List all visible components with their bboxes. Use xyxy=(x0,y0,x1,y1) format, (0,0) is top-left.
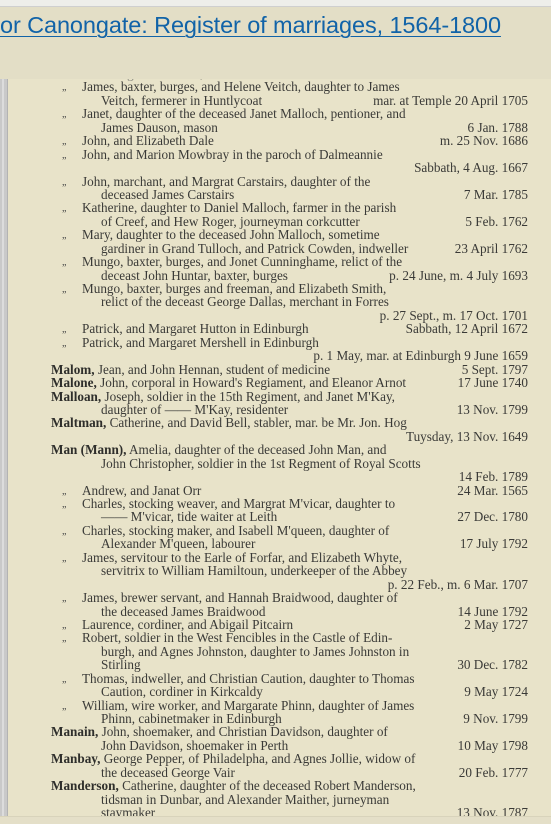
register-entry: „James, brewer servant, and Hannah Braid… xyxy=(0,591,551,618)
entry-surname: Maltman, xyxy=(51,415,106,430)
entry-line: Alexander M'queen, labourer17 July 1792 xyxy=(0,537,551,550)
entry-line: „Mungo, baxter, burges, and Jonet Cunnin… xyxy=(0,255,551,268)
entry-date: 9 Nov. 1799 xyxy=(463,712,528,725)
entry-text: Robert, soldier in the West Fencibles in… xyxy=(82,631,392,644)
entry-text: Charles, stocking maker, and Isabell M'q… xyxy=(82,524,389,537)
entry-line: „John, marchant, and Margrat Carstairs, … xyxy=(0,175,551,188)
entry-text: daughter of —— M'Kay, residenter xyxy=(101,403,288,416)
ditto-mark: „ xyxy=(62,552,66,565)
entry-date: 24 Mar. 1565 xyxy=(457,484,528,497)
entry-text: of Creef, and Hew Roger, journeyman cork… xyxy=(101,215,360,228)
register-entry: „Patrick, and Margaret Hutton in Edinbur… xyxy=(0,322,551,335)
entry-date: 20 Feb. 1777 xyxy=(459,766,528,779)
entry-text: Mary, daughter to the deceased John Mall… xyxy=(82,228,380,241)
entry-date: 14 Feb. 1789 xyxy=(459,470,528,483)
entry-date: 30 Dec. 1782 xyxy=(457,658,528,671)
register-entry: „Patrick, and Margaret Mershell in Edinb… xyxy=(0,336,551,363)
entry-date: p. 24 June, m. 4 July 1693 xyxy=(389,269,528,282)
entry-text: James, servitour to the Earle of Forfar,… xyxy=(82,551,402,564)
ditto-mark: „ xyxy=(62,525,66,538)
entry-line: Stirling30 Dec. 1782 xyxy=(0,658,551,671)
entry-text: Patrick, and Margaret Mershell in Edinbu… xyxy=(82,336,319,349)
entry-line: Tuysday, 13 Nov. 1649 xyxy=(0,430,551,443)
entry-line: relict of the deceast George Dallas, mer… xyxy=(0,295,551,308)
entry-line: p. 22 Feb., m. 6 Mar. 1707 xyxy=(0,578,551,591)
entry-text: James Dauson, mason xyxy=(101,121,218,134)
entry-line: Manderson, Catherine, daughter of the de… xyxy=(0,779,551,792)
entry-surname: Manain, xyxy=(51,724,98,739)
entry-text: Malom, Jean, and John Hennan, student of… xyxy=(51,363,330,376)
entry-text: Manain, John, shoemaker, and Christian D… xyxy=(51,725,388,738)
ditto-mark: „ xyxy=(62,149,66,162)
ditto-mark: „ xyxy=(62,229,66,242)
entry-date: p. 22 Feb., m. 6 Mar. 1707 xyxy=(388,578,528,591)
ditto-mark: „ xyxy=(62,176,66,189)
document-title-link[interactable]: or Canongate: Register of marriages, 156… xyxy=(0,12,501,39)
entry-line: gardiner in Grand Tulloch, and Patrick C… xyxy=(0,242,551,255)
register-entry: „John, and Elizabeth Dalem. 25 Nov. 1686 xyxy=(0,134,551,147)
entry-text: Thomas, indweller, and Christian Caution… xyxy=(82,672,415,685)
ditto-mark: „ xyxy=(62,498,66,511)
ditto-mark: „ xyxy=(62,283,66,296)
register-text-column: George Henderson, mason 5 June 1700 „Jam… xyxy=(0,79,551,816)
entry-text: staymaker xyxy=(101,806,155,816)
register-entry: „John, marchant, and Margrat Carstairs, … xyxy=(0,175,551,202)
entry-surname: Man (Mann), xyxy=(51,442,126,457)
entry-text: Phinn, cabinetmaker in Edinburgh xyxy=(101,712,282,725)
entry-line: „John, and Marion Mowbray in the paroch … xyxy=(0,148,551,161)
entry-line: the deceased James Braidwood14 June 1792 xyxy=(0,605,551,618)
entry-date: 5 Sept. 1797 xyxy=(462,363,528,376)
register-entry: „Robert, soldier in the West Fencibles i… xyxy=(0,631,551,671)
entry-date: 23 April 1762 xyxy=(455,242,528,255)
entry-text: Malone, John, corporal in Howard's Regia… xyxy=(51,376,406,389)
entry-line: „James, servitour to the Earle of Forfar… xyxy=(0,551,551,564)
ditto-mark: „ xyxy=(62,632,66,645)
ditto-mark: „ xyxy=(62,485,66,498)
register-entry: „Laurence, cordiner, and Abigail Pitcair… xyxy=(0,618,551,631)
entry-text: burgh, and Agnes Johnston, daughter to J… xyxy=(101,645,409,658)
entry-text: Katherine, daughter to Daniel Malloch, f… xyxy=(82,201,396,214)
ditto-mark: „ xyxy=(62,135,66,148)
entry-date: 17 July 1792 xyxy=(460,537,528,550)
entry-line: „William, wire worker, and Margarate Phi… xyxy=(0,699,551,712)
entry-text: Stirling xyxy=(101,658,141,671)
entry-date: mar. at Temple 20 April 1705 xyxy=(373,94,528,107)
entry-text: the deceased George Vair xyxy=(101,766,235,779)
entry-surname: Malloan, xyxy=(51,389,101,404)
register-entry: Manbay, George Pepper, of Philadelpha, a… xyxy=(0,752,551,779)
entry-line: Sabbath, 4 Aug. 1667 xyxy=(0,161,551,174)
entry-date: 7 Mar. 1785 xyxy=(464,188,528,201)
register-entry: Malom, Jean, and John Hennan, student of… xyxy=(0,363,551,376)
entry-text: deceased James Carstairs xyxy=(101,188,234,201)
entry-text: —— M'vicar, tide waiter at Leith xyxy=(101,510,277,523)
register-entry: Maltman, Catherine, and David Bell, stab… xyxy=(0,416,551,443)
ditto-mark: „ xyxy=(62,700,66,713)
entry-line: „Patrick, and Margaret Hutton in Edinbur… xyxy=(0,322,551,335)
entry-line: p. 27 Sept., m. 17 Oct. 1701 xyxy=(0,309,551,322)
entry-text: Mungo, baxter, burges and freeman, and E… xyxy=(82,282,386,295)
entry-text: Charles, stocking weaver, and Margrat M'… xyxy=(82,497,395,510)
register-entry: „Charles, stocking maker, and Isabell M'… xyxy=(0,524,551,551)
title-bar: or Canongate: Register of marriages, 156… xyxy=(0,7,551,79)
entry-text: John, and Marion Mowbray in the paroch o… xyxy=(82,148,383,161)
entry-line: burgh, and Agnes Johnston, daughter to J… xyxy=(0,645,551,658)
register-entry: „Mungo, baxter, burges and freeman, and … xyxy=(0,282,551,322)
entry-line: „Katherine, daughter to Daniel Malloch, … xyxy=(0,201,551,214)
register-entry: „James, servitour to the Earle of Forfar… xyxy=(0,551,551,591)
entry-line: „Robert, soldier in the West Fencibles i… xyxy=(0,631,551,644)
register-entry: „Thomas, indweller, and Christian Cautio… xyxy=(0,672,551,699)
viewer-bottom-strip xyxy=(0,816,551,824)
register-entry: „William, wire worker, and Margarate Phi… xyxy=(0,699,551,726)
register-entry: Manderson, Catherine, daughter of the de… xyxy=(0,779,551,816)
entry-date: 10 May 1798 xyxy=(458,739,528,752)
register-entry: „Janet, daughter of the deceased Janet M… xyxy=(0,107,551,134)
entry-line: Phinn, cabinetmaker in Edinburgh9 Nov. 1… xyxy=(0,712,551,725)
entry-text: deceast John Huntar, baxter, burges xyxy=(101,269,288,282)
entry-line: p. 1 May, mar. at Edinburgh 9 June 1659 xyxy=(0,349,551,362)
entry-text: James, brewer servant, and Hannah Braidw… xyxy=(82,591,398,604)
entry-text: Malloan, Joseph, soldier in the 15th Reg… xyxy=(51,390,395,403)
entry-line: Malom, Jean, and John Hennan, student of… xyxy=(0,363,551,376)
entry-line: Man (Mann), Amelia, daughter of the dece… xyxy=(0,443,551,456)
entry-line: 14 Feb. 1789 xyxy=(0,470,551,483)
entry-line: —— M'vicar, tide waiter at Leith27 Dec. … xyxy=(0,510,551,523)
register-entry: Man (Mann), Amelia, daughter of the dece… xyxy=(0,443,551,483)
entry-text: Caution, cordiner in Kirkcaldy xyxy=(101,685,263,698)
entry-line: „Mungo, baxter, burges and freeman, and … xyxy=(0,282,551,295)
entry-line: Manbay, George Pepper, of Philadelpha, a… xyxy=(0,752,551,765)
entry-text: James, baxter, burges, and Helene Veitch… xyxy=(82,80,400,93)
entry-line: John Davidson, shoemaker in Perth10 May … xyxy=(0,739,551,752)
entry-date: Sabbath, 4 Aug. 1667 xyxy=(414,161,528,174)
entry-surname: Manderson, xyxy=(51,778,119,793)
entry-line: tidsman in Dunbar, and Alexander Maither… xyxy=(0,793,551,806)
entry-text: Manderson, Catherine, daughter of the de… xyxy=(51,779,416,792)
entry-line: James Dauson, mason6 Jan. 1788 xyxy=(0,121,551,134)
entry-line: „Laurence, cordiner, and Abigail Pitcair… xyxy=(0,618,551,631)
entry-line: „John, and Elizabeth Dalem. 25 Nov. 1686 xyxy=(0,134,551,147)
entry-text: John, marchant, and Margrat Carstairs, d… xyxy=(82,175,370,188)
ditto-mark: „ xyxy=(62,592,66,605)
entry-line: staymaker13 Nov. 1787 xyxy=(0,806,551,816)
entry-text: Mungo, baxter, burges, and Jonet Cunning… xyxy=(82,255,402,268)
ditto-mark: „ xyxy=(62,108,66,121)
entry-line: deceast John Huntar, baxter, burgesp. 24… xyxy=(0,269,551,282)
entry-line: „James, baxter, burges, and Helene Veitc… xyxy=(0,80,551,93)
entry-text: relict of the deceast George Dallas, mer… xyxy=(101,295,389,308)
entry-line: John Christopher, soldier in the 1st Reg… xyxy=(0,457,551,470)
register-entry: „Mary, daughter to the deceased John Mal… xyxy=(0,228,551,255)
scanned-page: George Henderson, mason 5 June 1700 „Jam… xyxy=(0,79,551,816)
entry-date: Tuysday, 13 Nov. 1649 xyxy=(406,430,528,443)
entry-date: 13 Nov. 1799 xyxy=(457,403,528,416)
ditto-mark: „ xyxy=(62,256,66,269)
register-entry: Malone, John, corporal in Howard's Regia… xyxy=(0,376,551,389)
entry-date: 27 Dec. 1780 xyxy=(457,510,528,523)
ditto-mark: „ xyxy=(62,337,66,350)
entry-text: Veitch, fermerer in Huntlycoat xyxy=(101,94,262,107)
entry-surname: Manbay, xyxy=(51,751,100,766)
entry-date: m. 25 Nov. 1686 xyxy=(440,134,528,147)
entry-date: 17 June 1740 xyxy=(458,376,528,389)
entry-line: the deceased George Vair20 Feb. 1777 xyxy=(0,766,551,779)
entry-line: „Mary, daughter to the deceased John Mal… xyxy=(0,228,551,241)
entry-text: Andrew, and Janat Orr xyxy=(82,484,201,497)
entry-text: John Christopher, soldier in the 1st Reg… xyxy=(101,457,421,470)
entry-date: 6 Jan. 1788 xyxy=(468,121,528,134)
entry-text: Manbay, George Pepper, of Philadelpha, a… xyxy=(51,752,415,765)
entry-line: „Thomas, indweller, and Christian Cautio… xyxy=(0,672,551,685)
entry-line: Caution, cordiner in Kirkcaldy9 May 1724 xyxy=(0,685,551,698)
entry-text: gardiner in Grand Tulloch, and Patrick C… xyxy=(101,242,408,255)
entry-text: servitrix to William Hamiltoun, underkee… xyxy=(101,564,407,577)
entry-line: „Charles, stocking weaver, and Margrat M… xyxy=(0,497,551,510)
entry-text: Alexander M'queen, labourer xyxy=(101,537,255,550)
entry-line: of Creef, and Hew Roger, journeyman cork… xyxy=(0,215,551,228)
ditto-mark: „ xyxy=(62,323,66,336)
entry-date: Sabbath, 12 April 1672 xyxy=(406,322,528,335)
ditto-mark: „ xyxy=(62,202,66,215)
entry-line: Veitch, fermerer in Huntlycoatmar. at Te… xyxy=(0,94,551,107)
entry-line: Malloan, Joseph, soldier in the 15th Reg… xyxy=(0,390,551,403)
entry-text: tidsman in Dunbar, and Alexander Maither… xyxy=(101,793,389,806)
entry-date: 2 May 1727 xyxy=(464,618,528,631)
entry-line: deceased James Carstairs7 Mar. 1785 xyxy=(0,188,551,201)
register-entry: „Andrew, and Janat Orr24 Mar. 1565 xyxy=(0,484,551,497)
ditto-mark: „ xyxy=(62,619,66,632)
register-entry: Manain, John, shoemaker, and Christian D… xyxy=(0,725,551,752)
entry-line: „Patrick, and Margaret Mershell in Edinb… xyxy=(0,336,551,349)
entry-text: Janet, daughter of the deceased Janet Ma… xyxy=(82,107,406,120)
entry-date: p. 27 Sept., m. 17 Oct. 1701 xyxy=(380,309,528,322)
entry-line: servitrix to William Hamiltoun, underkee… xyxy=(0,564,551,577)
entry-date: p. 1 May, mar. at Edinburgh 9 June 1659 xyxy=(313,349,528,362)
browser-top-strip xyxy=(0,0,551,7)
entry-line: daughter of —— M'Kay, residenter13 Nov. … xyxy=(0,403,551,416)
entry-text: William, wire worker, and Margarate Phin… xyxy=(82,699,414,712)
entry-text: Man (Mann), Amelia, daughter of the dece… xyxy=(51,443,386,456)
register-entry: „Mungo, baxter, burges, and Jonet Cunnin… xyxy=(0,255,551,282)
entry-text: Maltman, Catherine, and David Bell, stab… xyxy=(51,416,407,429)
entry-line: Maltman, Catherine, and David Bell, stab… xyxy=(0,416,551,429)
entry-date: 5 Feb. 1762 xyxy=(465,215,528,228)
ditto-mark: „ xyxy=(62,81,66,94)
entry-line: Malone, John, corporal in Howard's Regia… xyxy=(0,376,551,389)
register-entry: Malloan, Joseph, soldier in the 15th Reg… xyxy=(0,390,551,417)
ditto-mark: „ xyxy=(62,673,66,686)
entry-date: 14 June 1792 xyxy=(458,605,528,618)
register-entry: „Katherine, daughter to Daniel Malloch, … xyxy=(0,201,551,228)
entry-text: Patrick, and Margaret Hutton in Edinburg… xyxy=(82,322,309,335)
entry-text: Laurence, cordiner, and Abigail Pitcairn xyxy=(82,618,293,631)
register-entry: „James, baxter, burges, and Helene Veitc… xyxy=(0,80,551,107)
entry-line: „Charles, stocking maker, and Isabell M'… xyxy=(0,524,551,537)
entry-date: 9 May 1724 xyxy=(464,685,528,698)
entry-line: „Andrew, and Janat Orr24 Mar. 1565 xyxy=(0,484,551,497)
entry-date: 13 Nov. 1787 xyxy=(457,806,528,816)
register-entry: „John, and Marion Mowbray in the paroch … xyxy=(0,148,551,175)
entry-text: John Davidson, shoemaker in Perth xyxy=(101,739,288,752)
entry-line: „Janet, daughter of the deceased Janet M… xyxy=(0,107,551,120)
register-entry: „Charles, stocking weaver, and Margrat M… xyxy=(0,497,551,524)
entry-line: Manain, John, shoemaker, and Christian D… xyxy=(0,725,551,738)
entry-text: the deceased James Braidwood xyxy=(101,605,265,618)
entry-line: „James, brewer servant, and Hannah Braid… xyxy=(0,591,551,604)
entry-text: John, and Elizabeth Dale xyxy=(82,134,214,147)
